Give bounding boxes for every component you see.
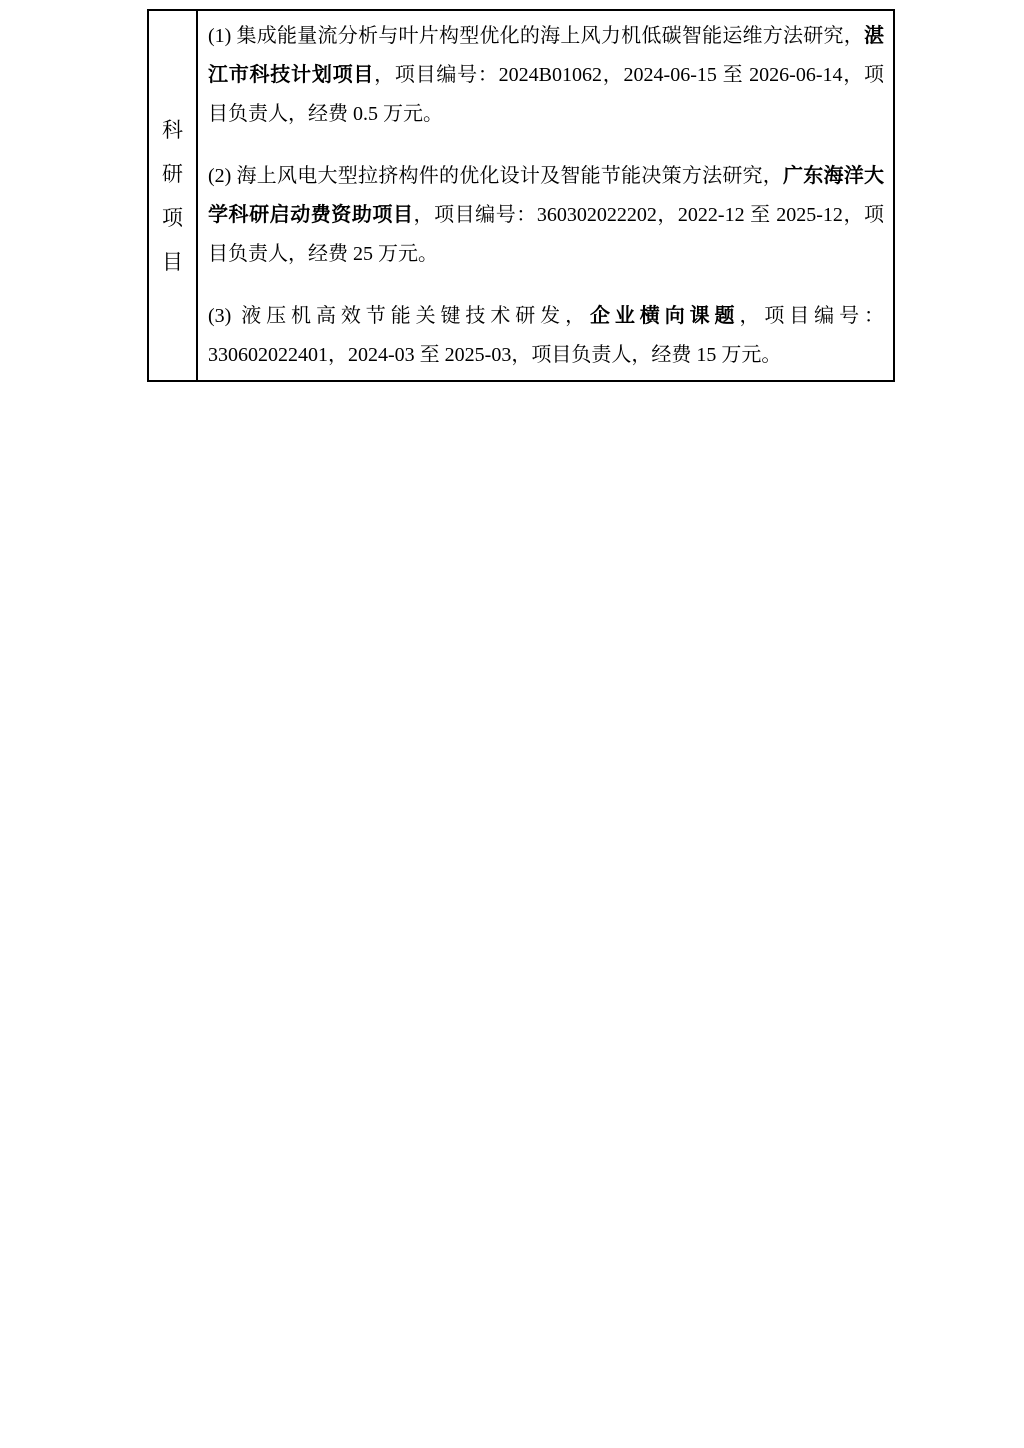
document-page: 科 研 项 目 (1) 集成能量流分析与叶片构型优化的海上风力机低碳智能运维方法… [0,0,1024,1448]
row-header-char: 项 [162,196,183,240]
project-item-3: (3) 液压机高效节能关键技术研发，企业横向课题，项目编号：3306020224… [208,297,884,375]
project-3-funder-bold: 企业横向课题 [590,305,739,327]
project-3-title-text: (3) 液压机高效节能关键技术研发， [208,305,590,327]
row-header-char: 研 [162,152,183,196]
row-header-char: 科 [162,108,183,152]
row-header-char: 目 [162,240,183,284]
project-item-1: (1) 集成能量流分析与叶片构型优化的海上风力机低碳智能运维方法研究，湛江市科技… [208,17,884,134]
projects-content-cell: (1) 集成能量流分析与叶片构型优化的海上风力机低碳智能运维方法研究，湛江市科技… [198,11,893,380]
research-projects-table: 科 研 项 目 (1) 集成能量流分析与叶片构型优化的海上风力机低碳智能运维方法… [147,9,895,382]
project-2-title-text: (2) 海上风电大型拉挤构件的优化设计及智能节能决策方法研究， [208,165,783,187]
project-item-2: (2) 海上风电大型拉挤构件的优化设计及智能节能决策方法研究，广东海洋大学科研启… [208,157,884,274]
row-header-cell-research-projects: 科 研 项 目 [149,11,198,380]
project-1-title-text: (1) 集成能量流分析与叶片构型优化的海上风力机低碳智能运维方法研究， [208,25,864,47]
